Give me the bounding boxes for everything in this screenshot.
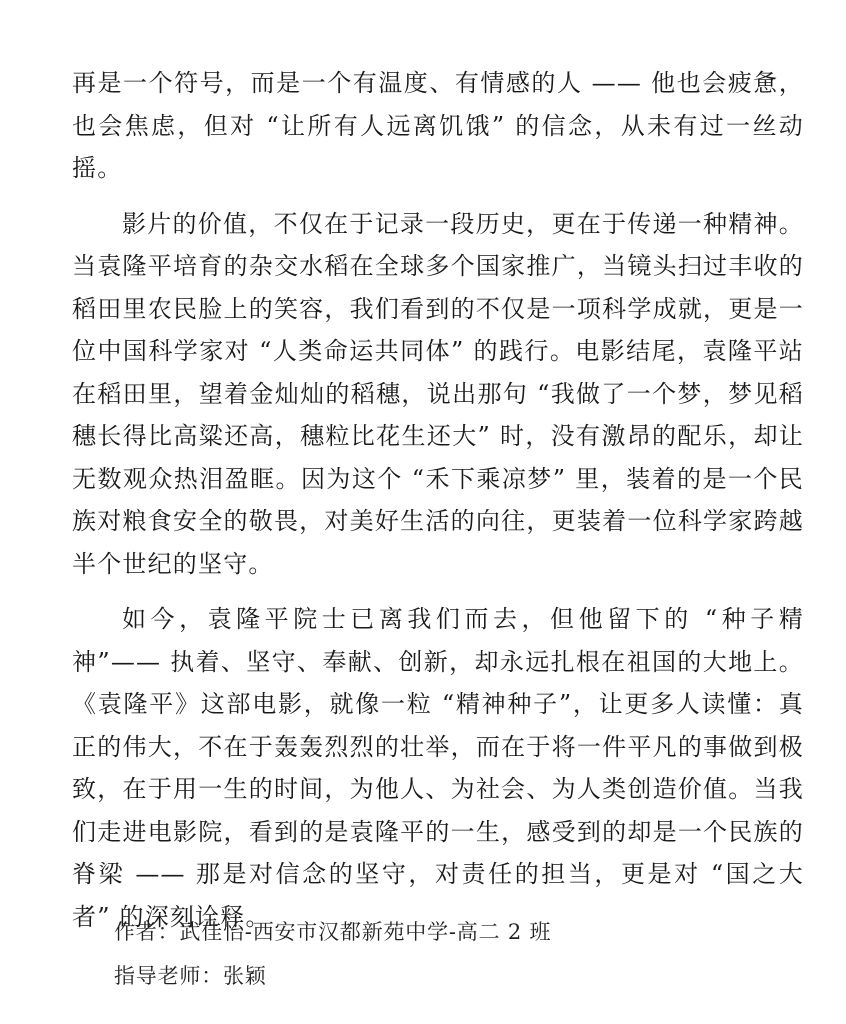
teacher-credit: 指导老师：张颖 bbox=[114, 954, 814, 998]
article-body: 再是一个符号，而是一个有温度、有情感的人 —— 他也会疲惫，也会焦虑，但对 “让… bbox=[72, 62, 804, 951]
paragraph-seed-spirit: 如今，袁隆平院士已离我们而去，但他留下的 “种子精神”—— 执着、坚守、奉献、创… bbox=[72, 598, 804, 938]
author-credit: 作者：武佳怡-西安市汉都新苑中学-高二 2 班 bbox=[114, 910, 814, 954]
paragraph-continuation: 再是一个符号，而是一个有温度、有情感的人 —— 他也会疲惫，也会焦虑，但对 “让… bbox=[72, 62, 804, 190]
paragraph-film-value: 影片的价值，不仅在于记录一段历史，更在于传递一种精神。当袁隆平培育的杂交水稻在全… bbox=[72, 203, 804, 586]
article-footer: 作者：武佳怡-西安市汉都新苑中学-高二 2 班 指导老师：张颖 bbox=[114, 910, 814, 998]
